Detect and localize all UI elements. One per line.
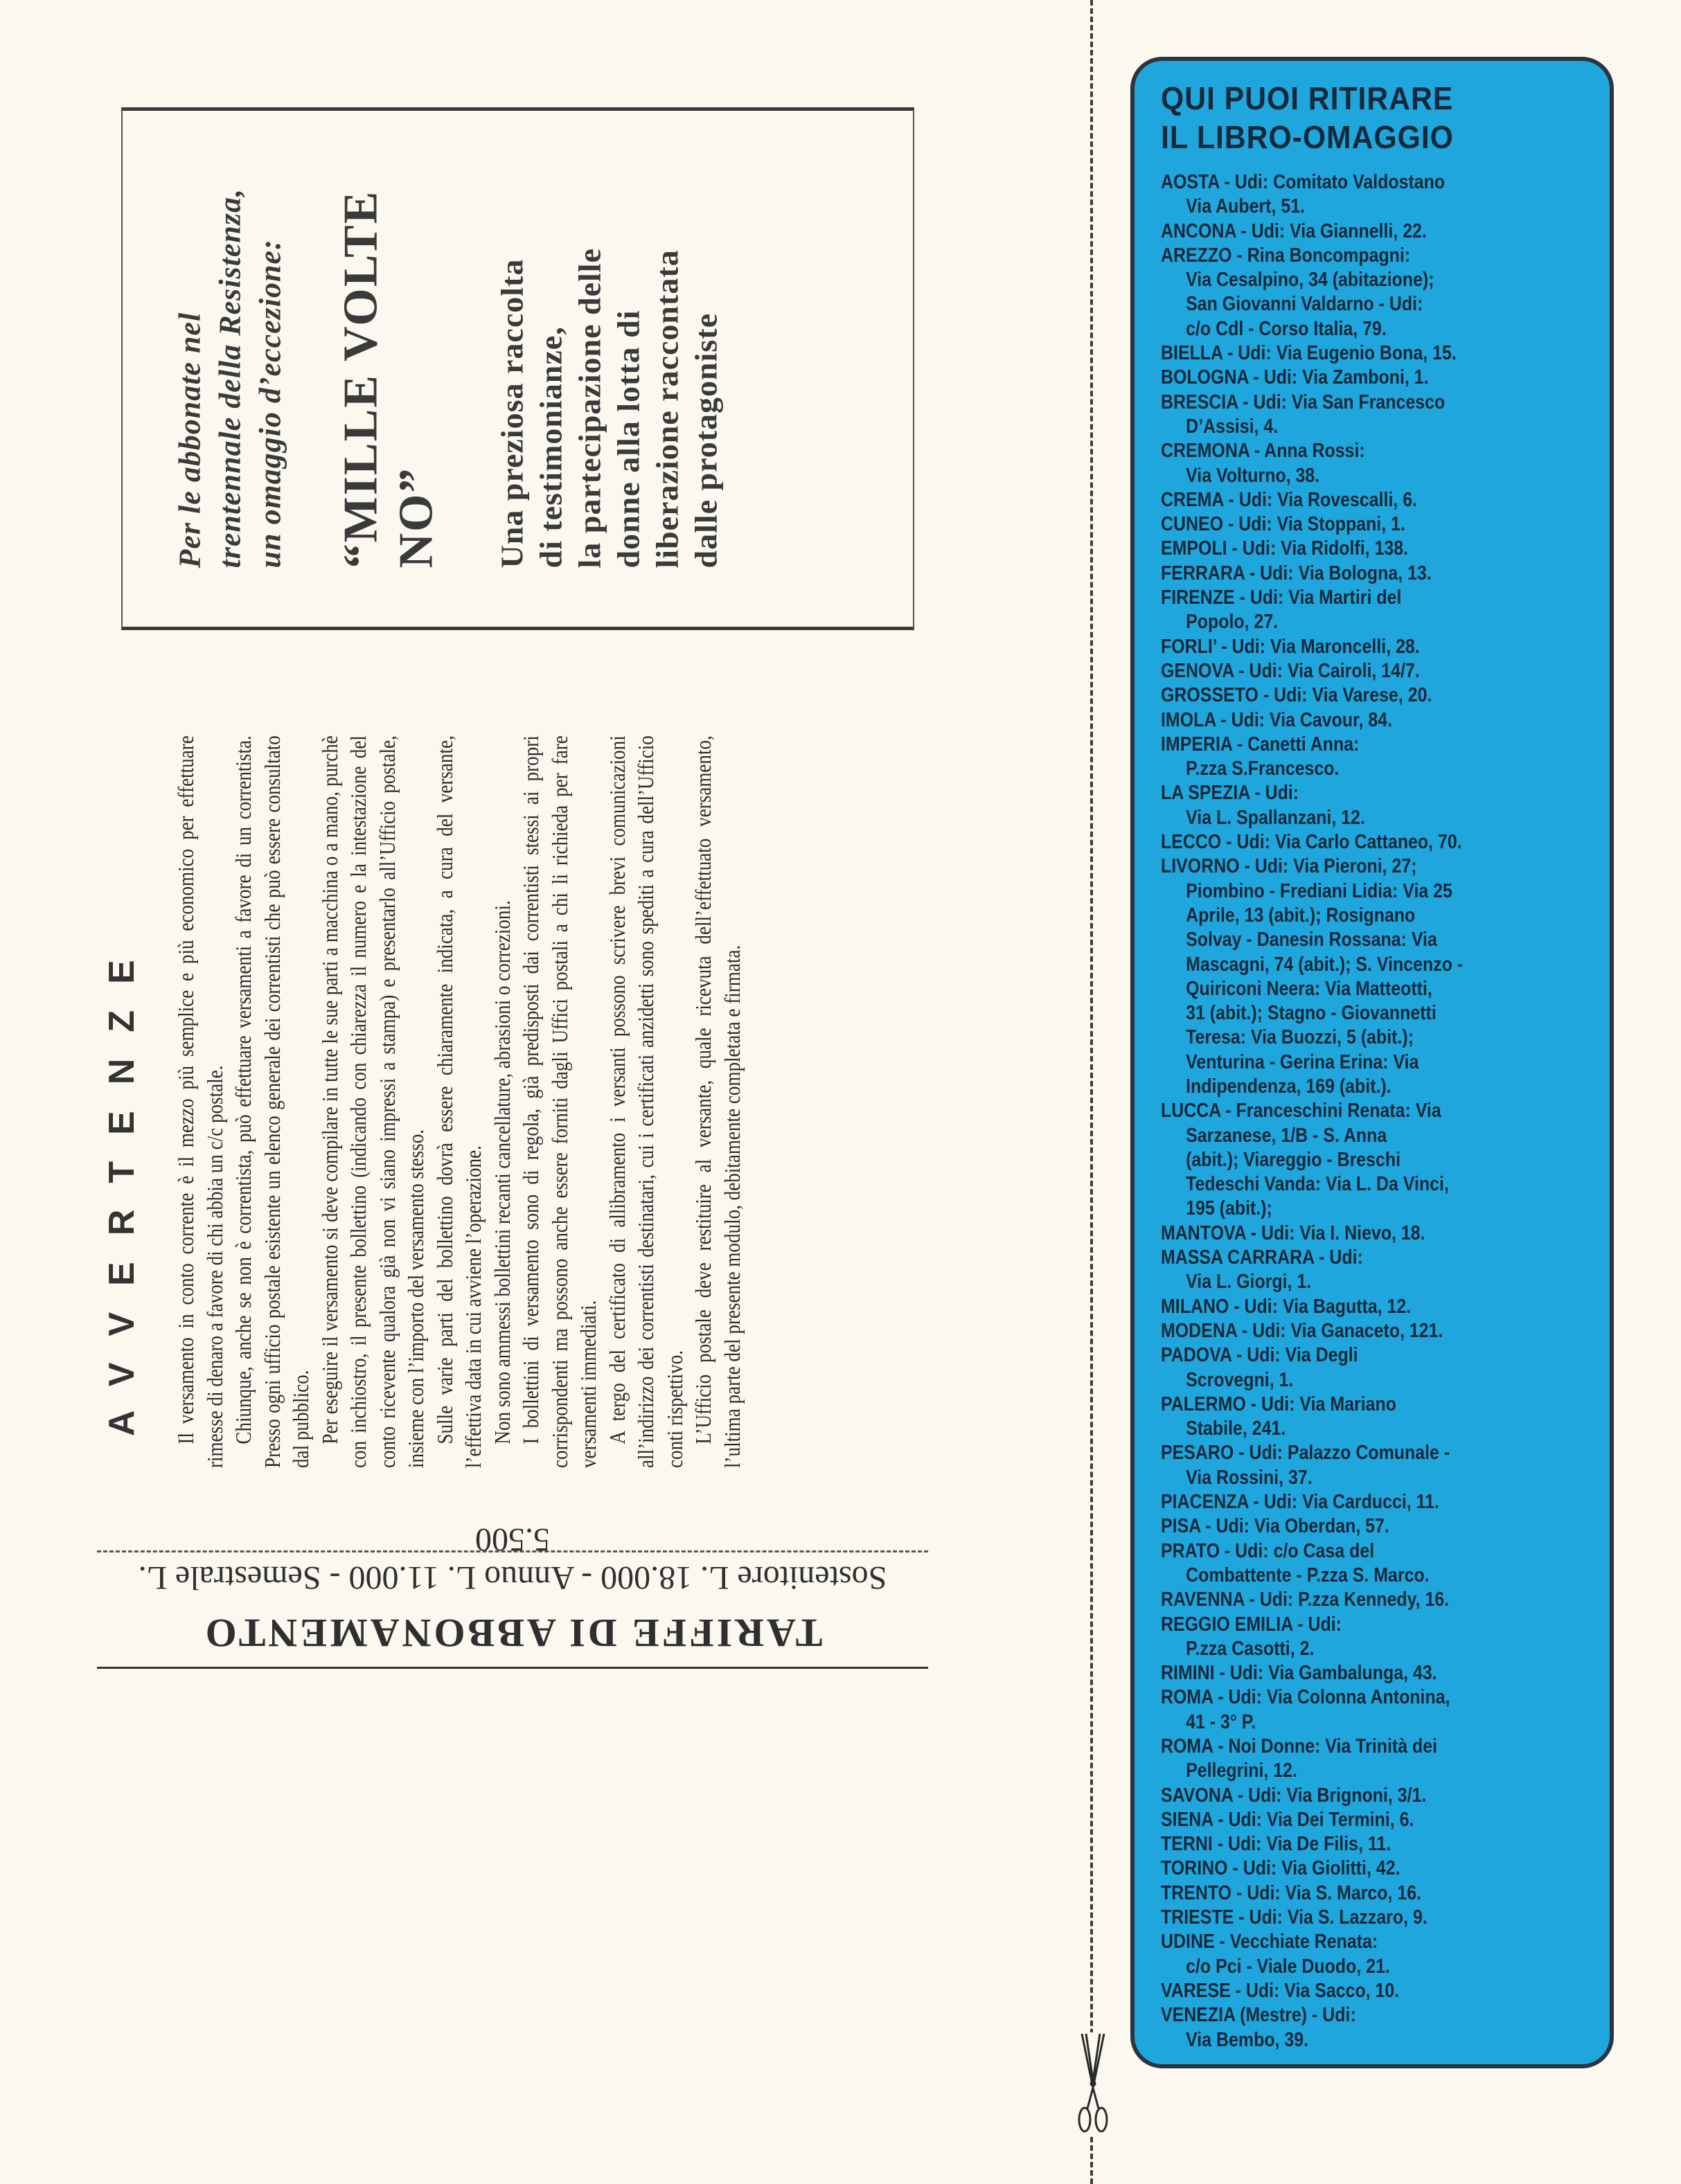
- pickup-location-entry: FORLI’ - Udi: Via Maroncelli, 28.: [1161, 635, 1601, 659]
- pickup-title-line: QUI PUOI RITIRARE: [1161, 79, 1565, 118]
- pickup-location-address: - Udi: Via Brignoni, 3/1.: [1238, 1784, 1427, 1807]
- warnings-content: AVVERTENZE Il versamento in conto corren…: [97, 734, 928, 1496]
- pickup-location-address: Via Cesalpino, 34 (abitazione);: [1161, 268, 1601, 292]
- pickup-location-entry: BRESCIA - Udi: Via San FrancescoD’Assisi…: [1161, 391, 1601, 440]
- pickup-title-line: IL LIBRO-OMAGGIO: [1161, 118, 1565, 156]
- warnings-section: AVVERTENZE Il versamento in conto corren…: [97, 734, 928, 1496]
- pickup-location-address: - Udi: Comitato Valdostano: [1224, 171, 1445, 193]
- pickup-location-city: AREZZO: [1161, 244, 1232, 267]
- pickup-location-address: - Udi: Via Pieroni, 27;: [1245, 855, 1417, 877]
- pickup-location-city: IMOLA: [1161, 709, 1216, 731]
- pickup-location-address: - Udi:: [1319, 1246, 1363, 1269]
- pickup-location-entry: ROMA - Udi: Via Colonna Antonina,41 - 3°…: [1161, 1685, 1601, 1735]
- pickup-location-address: - Udi: Via Zamboni, 1.: [1253, 366, 1428, 388]
- pickup-location-entry: CREMONA - Anna Rossi:Via Volturno, 38.: [1161, 439, 1601, 488]
- pickup-location-address: c/o Cdl - Corso Italia, 79.: [1161, 317, 1601, 341]
- pickup-location-city: GROSSETO: [1161, 684, 1258, 706]
- pickup-location-entry: GENOVA - Udi: Via Cairoli, 14/7.: [1161, 659, 1601, 683]
- warnings-paragraph: I bollettini di versamento sono di regol…: [517, 735, 603, 1468]
- pickup-location-address: - Udi: Via Dei Termini, 6.: [1218, 1809, 1414, 1831]
- pickup-location-city: FORLI’: [1161, 636, 1216, 658]
- pickup-location-city: MILANO: [1161, 1296, 1229, 1318]
- pickup-location-entry: ANCONA - Udi: Via Giannelli, 22.: [1161, 220, 1601, 244]
- warnings-paragraph: L’Ufficio postale deve restituire al ver…: [689, 735, 747, 1468]
- pickup-location-address: Piombino - Frediani Lidia: Via 25: [1161, 879, 1601, 904]
- pickup-location-address: Via Volturno, 38.: [1161, 464, 1601, 488]
- pickup-location-city: VENEZIA (Mestre): [1161, 2004, 1307, 2026]
- pickup-location-address: Teresa: Via Buozzi, 5 (abit.);: [1161, 1026, 1601, 1050]
- pickup-location-address: - Udi: c/o Casa del: [1225, 1540, 1374, 1562]
- pickup-location-city: RIMINI: [1161, 1662, 1215, 1684]
- pickup-location-city: ROMA: [1161, 1735, 1213, 1757]
- gift-announcement-box: Per le abbonate nel trentennale della Re…: [121, 107, 914, 630]
- gift-intro: Per le abbonate nel trentennale della Re…: [170, 135, 290, 568]
- pickup-location-city: LA SPEZIA: [1161, 782, 1249, 804]
- pickup-location-entry: AREZZO - Rina Boncompagni:Via Cesalpino,…: [1161, 244, 1601, 341]
- pickup-location-address: Combattente - P.zza S. Marco.: [1161, 1564, 1601, 1588]
- pickup-locations-list: AOSTA - Udi: Comitato ValdostanoVia Aube…: [1161, 170, 1601, 2052]
- pickup-location-address: - Udi: Via Oberdan, 57.: [1205, 1515, 1389, 1537]
- pickup-location-address: - Udi: Via S. Marco, 16.: [1236, 1882, 1421, 1904]
- pickup-location-city: MANTOVA: [1161, 1222, 1246, 1244]
- pickup-location-city: TRENTO: [1161, 1882, 1231, 1904]
- pickup-location-address: Pellegrini, 12.: [1161, 1759, 1601, 1783]
- pickup-location-entry: SAVONA - Udi: Via Brignoni, 3/1.: [1161, 1784, 1601, 1808]
- pickup-location-address: Venturina - Gerina Erina: Via: [1161, 1050, 1601, 1075]
- warnings-paragraph: Chiunque, anche se non è correntista, pu…: [229, 735, 316, 1468]
- pickup-location-address: Via Aubert, 51.: [1161, 195, 1601, 219]
- pickup-location-entry: ROMA - Noi Donne: Via Trinità deiPellegr…: [1161, 1735, 1601, 1784]
- pickup-location-address: - Udi: Via Giannelli, 22.: [1240, 220, 1426, 242]
- pickup-location-address: Solvay - Danesin Rossana: Via: [1161, 928, 1601, 952]
- cut-line: [1090, 0, 1093, 2184]
- pickup-location-entry: TERNI - Udi: Via De Filis, 11.: [1161, 1832, 1601, 1856]
- pickup-location-city: VARESE: [1161, 1980, 1231, 2002]
- pickup-location-address: - Udi: Via Giolitti, 42.: [1232, 1857, 1400, 1879]
- pickup-location-address: - Udi: Via Varese, 20.: [1263, 684, 1432, 706]
- rates-prices: Sostenitore L. 18.000 - Annuo L. 11.000 …: [97, 1521, 928, 1597]
- book-description-line: di testimonianze,: [531, 135, 570, 568]
- pickup-location-city: ROMA: [1161, 1686, 1213, 1708]
- scissors-icon: [1072, 2032, 1114, 2136]
- pickup-location-city: UDINE: [1161, 1931, 1215, 1953]
- pickup-location-city: PRATO: [1161, 1540, 1220, 1562]
- rates-dashed-rule: [97, 1550, 928, 1552]
- book-title: “MILLE VOLTE NO”: [333, 135, 444, 568]
- pickup-location-address: Via Bembo, 39.: [1161, 2028, 1601, 2052]
- book-description-line: Una preziosa raccolta: [492, 135, 531, 568]
- pickup-location-address: Aprile, 13 (abit.); Rosignano: [1161, 904, 1601, 928]
- pickup-location-entry: UDINE - Vecchiate Renata:c/o Pci - Viale…: [1161, 1930, 1601, 1979]
- pickup-location-entry: FIRENZE - Udi: Via Martiri delPopolo, 27…: [1161, 586, 1601, 635]
- pickup-location-address: - Udi: Via Degli: [1236, 1344, 1358, 1366]
- pickup-location-entry: IMOLA - Udi: Via Cavour, 84.: [1161, 708, 1601, 733]
- pickup-location-entry: CREMA - Udi: Via Rovescalli, 6.: [1161, 488, 1601, 512]
- pickup-location-address: Via L. Giorgi, 1.: [1161, 1270, 1601, 1294]
- warnings-paragraph: Sulle varie parti del bollettino dovrà e…: [431, 735, 488, 1468]
- pickup-location-city: LIVORNO: [1161, 855, 1240, 877]
- pickup-location-city: PADOVA: [1161, 1344, 1231, 1366]
- pickup-location-address: Via L. Spallanzani, 12.: [1161, 806, 1601, 830]
- pickup-location-city: MODENA: [1161, 1320, 1237, 1342]
- warnings-title: AVVERTENZE: [101, 734, 143, 1436]
- warnings-paragraph: Non sono ammessi bollettini recanti canc…: [488, 735, 517, 1468]
- pickup-location-entry: LUCCA - Franceschini Renata: ViaSarzanes…: [1161, 1099, 1601, 1221]
- pickup-location-entry: MANTOVA - Udi: Via I. Nievo, 18.: [1161, 1221, 1601, 1246]
- pickup-location-entry: GROSSETO - Udi: Via Varese, 20.: [1161, 683, 1601, 708]
- pickup-location-address: - Udi: Via Bologna, 13.: [1249, 562, 1432, 584]
- pickup-location-address: - Udi: Via Sacco, 10.: [1236, 1980, 1400, 2002]
- pickup-location-address: 195 (abit.);: [1161, 1197, 1601, 1221]
- pickup-location-city: PISA: [1161, 1515, 1200, 1537]
- pickup-location-city: IMPERIA: [1161, 733, 1232, 755]
- pickup-location-city: EMPOLI: [1161, 537, 1227, 560]
- pickup-location-address: - Noi Donne: Via Trinità dei: [1218, 1735, 1437, 1757]
- pickup-location-entry: LA SPEZIA - Udi:Via L. Spallanzani, 12.: [1161, 781, 1601, 830]
- gift-announcement-content: Per le abbonate nel trentennale della Re…: [121, 107, 914, 630]
- pickup-location-address: - Udi: Palazzo Comunale -: [1238, 1442, 1450, 1464]
- pickup-location-address: - Udi: Via Cairoli, 14/7.: [1238, 660, 1419, 682]
- gift-intro-line: Per le abbonate nel: [170, 135, 210, 568]
- warnings-body: Il versamento in conto corrente è il mez…: [172, 735, 747, 1468]
- pickup-location-address: - Vecchiate Renata:: [1220, 1931, 1378, 1953]
- pickup-location-city: PIACENZA: [1161, 1491, 1249, 1513]
- pickup-location-city: PESARO: [1161, 1442, 1234, 1464]
- pickup-location-address: - Udi: Via Stoppani, 1.: [1228, 513, 1405, 535]
- pickup-location-address: Sarzanese, 1/B - S. Anna: [1161, 1124, 1601, 1148]
- pickup-location-entry: FERRARA - Udi: Via Bologna, 13.: [1161, 562, 1601, 586]
- pickup-location-address: Stabile, 241.: [1161, 1417, 1601, 1441]
- pickup-location-address: Scrovegni, 1.: [1161, 1368, 1601, 1393]
- pickup-location-address: - Franceschini Renata: Via: [1225, 1100, 1441, 1122]
- pickup-location-address: Quiriconi Neera: Via Matteotti,: [1161, 977, 1601, 1001]
- pickup-location-entry: PALERMO - Udi: Via MarianoStabile, 241.: [1161, 1393, 1601, 1442]
- pickup-location-address: - Udi:: [1312, 2004, 1356, 2026]
- pickup-location-entry: LECCO - Udi: Via Carlo Cattaneo, 70.: [1161, 830, 1601, 854]
- gift-intro-line: un omaggio d’eccezione:: [250, 135, 290, 568]
- pickup-location-entry: TRENTO - Udi: Via S. Marco, 16.: [1161, 1881, 1601, 1906]
- pickup-location-entry: TORINO - Udi: Via Giolitti, 42.: [1161, 1856, 1601, 1881]
- pickup-location-address: (abit.); Viareggio - Breschi: [1161, 1148, 1601, 1172]
- pickup-location-address: - Udi:: [1254, 782, 1299, 804]
- pickup-location-entry: PRATO - Udi: c/o Casa delCombattente - P…: [1161, 1539, 1601, 1588]
- pickup-location-entry: BOLOGNA - Udi: Via Zamboni, 1.: [1161, 366, 1601, 390]
- pickup-location-address: - Udi:: [1297, 1613, 1342, 1636]
- pickup-location-entry: IMPERIA - Canetti Anna:P.zza S.Francesco…: [1161, 733, 1601, 782]
- pickup-location-city: TERNI: [1161, 1833, 1213, 1855]
- pickup-location-address: - Udi: Via Mariano: [1251, 1393, 1396, 1415]
- pickup-location-entry: AOSTA - Udi: Comitato ValdostanoVia Aube…: [1161, 170, 1601, 220]
- book-description-line: liberazione raccontata: [648, 135, 686, 568]
- pickup-location-entry: VENEZIA (Mestre) - Udi:Via Bembo, 39.: [1161, 2003, 1601, 2052]
- pickup-location-entry: TRIESTE - Udi: Via S. Lazzaro, 9.: [1161, 1906, 1601, 1930]
- pickup-location-city: TORINO: [1161, 1857, 1228, 1879]
- rates-title: TARIFFE DI ABBONAMENTO: [97, 1610, 928, 1656]
- pickup-location-entry: VARESE - Udi: Via Sacco, 10.: [1161, 1979, 1601, 2003]
- pickup-location-address: - Udi: Via Cavour, 84.: [1220, 709, 1392, 731]
- pickup-location-address: - Udi: Via Carducci, 11.: [1253, 1491, 1439, 1513]
- pickup-locations-box: QUI PUOI RITIRARE IL LIBRO-OMAGGIO AOSTA…: [1130, 57, 1614, 2068]
- pickup-location-city: BRESCIA: [1161, 391, 1238, 413]
- pickup-location-address: Tedeschi Vanda: Via L. Da Vinci,: [1161, 1172, 1601, 1197]
- pickup-location-entry: LIVORNO - Udi: Via Pieroni, 27;Piombino …: [1161, 854, 1601, 1099]
- pickup-location-address: San Giovanni Valdarno - Udi:: [1161, 292, 1601, 316]
- pickup-location-city: CREMA: [1161, 489, 1224, 511]
- pickup-location-city: AOSTA: [1161, 171, 1220, 193]
- pickup-location-address: D’Assisi, 4.: [1161, 415, 1601, 439]
- pickup-location-address: Mascagni, 74 (abit.); S. Vincenzo -: [1161, 953, 1601, 977]
- pickup-location-entry: REGGIO EMILIA - Udi:P.zza Casotti, 2.: [1161, 1613, 1601, 1662]
- pickup-location-entry: RIMINI - Udi: Via Gambalunga, 43.: [1161, 1661, 1601, 1685]
- pickup-location-address: Popolo, 27.: [1161, 610, 1601, 634]
- pickup-location-address: - Udi: Via Colonna Antonina,: [1218, 1686, 1450, 1708]
- pickup-location-entry: CUNEO - Udi: Via Stoppani, 1.: [1161, 512, 1601, 537]
- pickup-location-entry: MODENA - Udi: Via Ganaceto, 121.: [1161, 1319, 1601, 1343]
- pickup-location-address: - Udi: Via Rovescalli, 6.: [1228, 489, 1417, 511]
- book-description-line: dalle protagoniste: [686, 135, 725, 568]
- pickup-location-city: MASSA CARRARA: [1161, 1246, 1314, 1269]
- pickup-location-address: - Udi: Via De Filis, 11.: [1218, 1833, 1391, 1855]
- pickup-location-city: FIRENZE: [1161, 587, 1235, 609]
- pickup-location-address: - Udi: Via Ganaceto, 121.: [1242, 1320, 1443, 1342]
- pickup-location-entry: PIACENZA - Udi: Via Carducci, 11.: [1161, 1490, 1601, 1514]
- pickup-location-address: P.zza Casotti, 2.: [1161, 1637, 1601, 1661]
- pickup-location-address: - Udi: Via Maroncelli, 28.: [1221, 636, 1419, 658]
- pickup-location-entry: MILANO - Udi: Via Bagutta, 12.: [1161, 1295, 1601, 1319]
- pickup-location-city: ANCONA: [1161, 220, 1236, 242]
- pickup-location-city: LECCO: [1161, 831, 1221, 853]
- pickup-location-address: - Udi: Via Carlo Cattaneo, 70.: [1226, 831, 1461, 853]
- warnings-paragraph: A tergo del certificato di allibramento …: [603, 735, 690, 1468]
- pickup-location-address: - Udi: Via Martiri del: [1240, 587, 1402, 609]
- pickup-location-entry: MASSA CARRARA - Udi:Via L. Giorgi, 1.: [1161, 1246, 1601, 1295]
- pickup-location-address: Via Rossini, 37.: [1161, 1466, 1601, 1490]
- book-description-line: la partecipazione delle: [570, 135, 609, 568]
- warnings-paragraph: Il versamento in conto corrente è il mez…: [172, 735, 229, 1468]
- gift-intro-line: trentennale della Resistenza,: [210, 135, 250, 568]
- pickup-location-city: CREMONA: [1161, 440, 1249, 462]
- pickup-location-city: BIELLA: [1161, 342, 1222, 364]
- pickup-location-city: REGGIO EMILIA: [1161, 1613, 1292, 1636]
- pickup-location-entry: SIENA - Udi: Via Dei Termini, 6.: [1161, 1808, 1601, 1832]
- pickup-location-city: GENOVA: [1161, 660, 1234, 682]
- pickup-location-address: - Udi: P.zza Kennedy, 16.: [1249, 1588, 1449, 1611]
- rates-top-rule: [97, 1667, 928, 1669]
- pickup-title: QUI PUOI RITIRARE IL LIBRO-OMAGGIO: [1161, 79, 1565, 156]
- pickup-location-address: - Udi: Via S. Lazzaro, 9.: [1238, 1906, 1427, 1928]
- pickup-location-entry: BIELLA - Udi: Via Eugenio Bona, 15.: [1161, 341, 1601, 366]
- pickup-location-address: 31 (abit.); Stagno - Giovannetti: [1161, 1001, 1601, 1026]
- pickup-location-address: - Udi: Via Ridolfi, 138.: [1232, 537, 1409, 560]
- pickup-location-address: - Anna Rossi:: [1254, 440, 1365, 462]
- pickup-location-address: - Canetti Anna:: [1237, 733, 1359, 755]
- pickup-location-entry: PISA - Udi: Via Oberdan, 57.: [1161, 1514, 1601, 1539]
- pickup-location-address: - Rina Boncompagni:: [1236, 244, 1410, 267]
- pickup-location-address: - Udi: Via Gambalunga, 43.: [1220, 1662, 1437, 1684]
- book-description-line: donne alla lotta di: [609, 135, 648, 568]
- pickup-location-city: PALERMO: [1161, 1393, 1246, 1415]
- pickup-location-address: P.zza S.Francesco.: [1161, 757, 1601, 781]
- pickup-location-city: LUCCA: [1161, 1100, 1220, 1122]
- pickup-location-entry: RAVENNA - Udi: P.zza Kennedy, 16.: [1161, 1588, 1601, 1612]
- pickup-location-address: - Udi: Via San Francesco: [1243, 391, 1445, 413]
- pickup-location-address: - Udi: Via Eugenio Bona, 15.: [1227, 342, 1457, 364]
- subscription-rates: TARIFFE DI ABBONAMENTO Sostenitore L. 18…: [97, 1508, 928, 1674]
- pickup-location-entry: PADOVA - Udi: Via DegliScrovegni, 1.: [1161, 1343, 1601, 1393]
- pickup-location-address: - Udi: Via I. Nievo, 18.: [1251, 1222, 1425, 1244]
- book-description: Una preziosa raccolta di testimonianze, …: [492, 135, 725, 568]
- warnings-paragraph: Per eseguire il versamento si deve compi…: [316, 735, 431, 1468]
- pickup-location-address: Indipendenza, 169 (abit.).: [1161, 1075, 1601, 1099]
- pickup-location-entry: PESARO - Udi: Palazzo Comunale -Via Ross…: [1161, 1441, 1601, 1490]
- pickup-location-city: TRIESTE: [1161, 1906, 1234, 1928]
- pickup-location-address: c/o Pci - Viale Duodo, 21.: [1161, 1955, 1601, 1979]
- pickup-location-address: - Udi: Via Bagutta, 12.: [1234, 1296, 1411, 1318]
- pickup-location-city: SIENA: [1161, 1809, 1213, 1831]
- pickup-location-entry: EMPOLI - Udi: Via Ridolfi, 138.: [1161, 537, 1601, 561]
- pickup-location-city: BOLOGNA: [1161, 366, 1249, 388]
- pickup-location-city: SAVONA: [1161, 1784, 1233, 1807]
- pickup-location-city: FERRARA: [1161, 562, 1245, 584]
- pickup-location-address: 41 - 3° P.: [1161, 1710, 1601, 1735]
- pickup-location-city: CUNEO: [1161, 513, 1223, 535]
- pickup-location-city: RAVENNA: [1161, 1588, 1245, 1611]
